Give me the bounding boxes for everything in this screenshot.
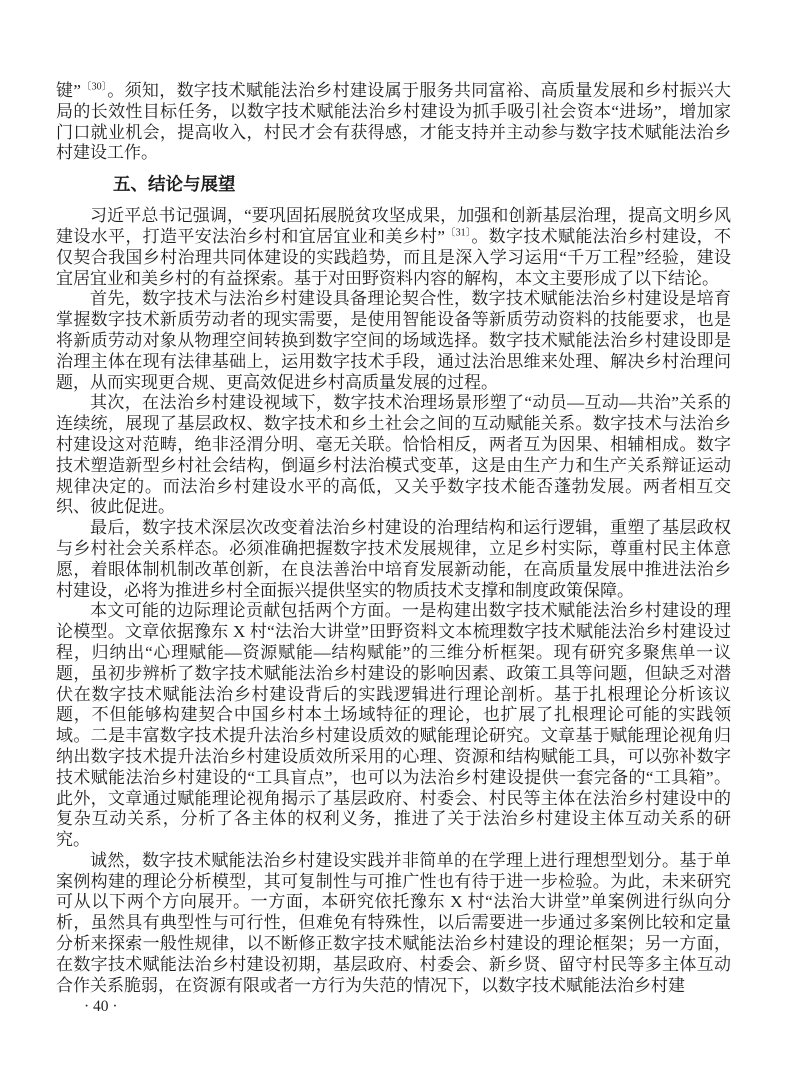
page-number: · 40 · xyxy=(56,997,731,1018)
paragraph-conclusion-last: 最后，数字技术深层次改变着法治乡村建设的治理结构和运行逻辑，重塑了基层政权与乡村… xyxy=(56,518,731,601)
paragraph-text: 键” xyxy=(56,81,81,100)
paragraph-theoretical-contribution: 本文可能的边际理论贡献包括两个方面。一是构建出数字技术赋能法治乡村建设的理论模型… xyxy=(56,601,731,851)
paragraph-conclusion-first: 首先，数字技术与法治乡村建设具备理论契合性，数字技术赋能法治乡村建设是培育掌握数… xyxy=(56,289,731,393)
paragraph-conclusion-second: 其次，在法治乡村建设视域下，数字技术治理场景形塑了“动员—互动—共治”关系的连续… xyxy=(56,393,731,518)
paragraph-text: 。须知，数字技术赋能法治乡村建设属于服务共同富裕、高质量发展和乡村振兴大局的长效… xyxy=(56,81,731,162)
section-heading-conclusion-outlook: 五、结论与展望 xyxy=(113,173,731,195)
footnote-ref-31: 〔31〕 xyxy=(445,227,471,238)
paper-page: 键”〔30〕。须知，数字技术赋能法治乡村建设属于服务共同富裕、高质量发展和乡村振… xyxy=(0,0,793,1077)
paragraph-lead: 习近平总书记强调，“要巩固拓展脱贫攻坚成果，加强和创新基层治理，提高文明乡风建设… xyxy=(56,206,731,289)
paragraph-limitations-future-research: 诚然，数字技术赋能法治乡村建设实践并非简单的在学理上进行理想型划分。基于单案例构… xyxy=(56,851,731,997)
paragraph-continued-from-previous-page: 键”〔30〕。须知，数字技术赋能法治乡村建设属于服务共同富裕、高质量发展和乡村振… xyxy=(56,81,731,164)
footnote-ref-30: 〔30〕 xyxy=(81,81,107,92)
